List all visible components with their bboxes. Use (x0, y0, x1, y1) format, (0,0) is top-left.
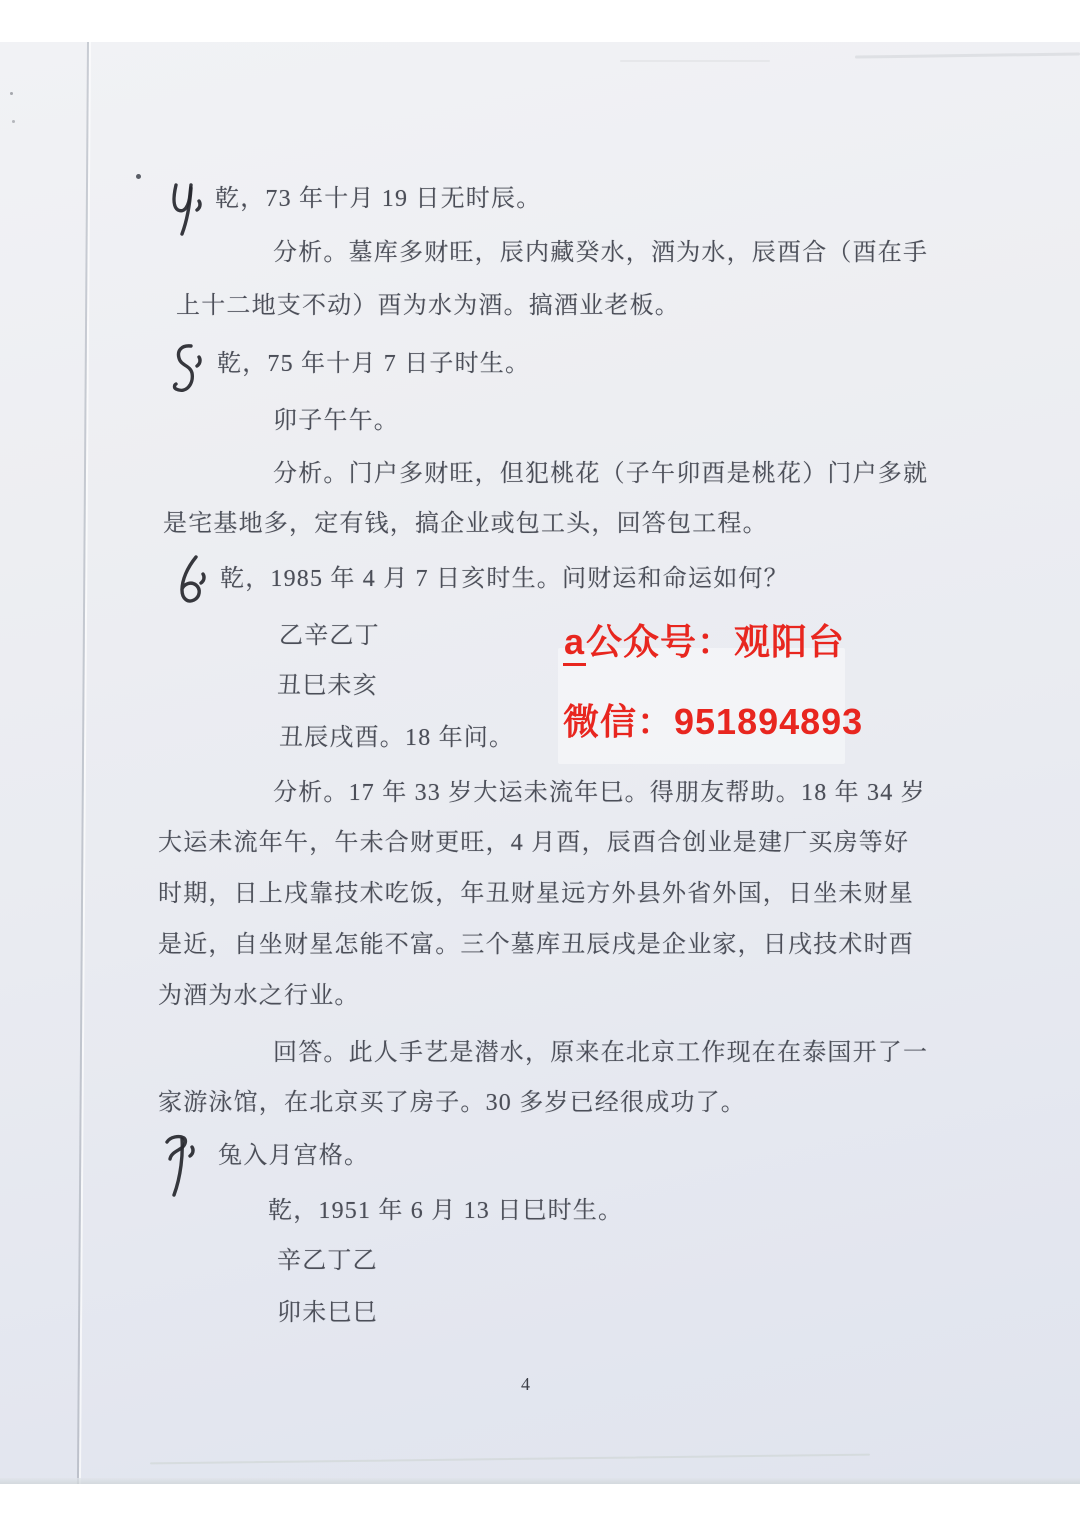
text-line: 上十二地支不动）酉为水为酒。搞酒业老板。 (176, 293, 680, 319)
scan-streak (150, 1454, 870, 1465)
text-line: 分析。17 年 33 岁大运未流年巳。得朋友帮助。18 年 34 岁 (273, 780, 926, 806)
text-line: 乙辛乙丁 (279, 623, 380, 649)
text-line: 家游泳馆，在北京买了房子。30 多岁已经很成功了。 (158, 1090, 746, 1116)
watermark-account-text: 公众号：观阳台 (586, 621, 845, 662)
handwritten-number-5-mark (168, 344, 208, 403)
text-line: 卯子午午。 (273, 408, 399, 434)
text-line: 时期，日上戌靠技术吃饭，年丑财星远方外县外省外国，日坐未财星 (158, 881, 914, 907)
text-line: 乾，73 年十月 19 日无时辰。 (215, 186, 541, 212)
text-line: 乾，1985 年 4 月 7 日亥时生。问财运和命运如何？ (220, 566, 789, 592)
watermark-prefix: a (563, 621, 586, 666)
text-line: 丑巳未亥 (277, 673, 378, 699)
text-line: 分析。墓库多财旺，辰内藏癸水，酒为水，辰酉合（酉在手 (273, 240, 928, 266)
handwritten-number-7-mark (156, 1134, 200, 1203)
text-line: 丑辰戌酉。18 年问。 (279, 725, 514, 751)
ink-dot (136, 174, 141, 179)
ink-dot (12, 120, 15, 123)
text-line: 乾，75 年十月 7 日子时生。 (217, 351, 530, 377)
page-number: 4 (521, 1374, 530, 1395)
text-line: 为酒为水之行业。 (158, 983, 360, 1009)
text-line: 乾，1951 年 6 月 13 日巳时生。 (268, 1198, 623, 1224)
text-line: 兔入月宫格。 (218, 1143, 369, 1169)
text-line: 是近，自坐财星怎能不富。三个墓库丑辰戌是企业家，日戌技术时酉 (158, 932, 914, 958)
watermark-line-2: 微信：951894893 (563, 702, 863, 742)
paper-bottom-edge (0, 1478, 1080, 1484)
ink-dot (10, 92, 13, 95)
scan-streak (620, 60, 770, 62)
scan-streak (855, 52, 1080, 58)
text-line: 大运未流年午，午未合财更旺，4 月酉，辰酉合创业是建厂买房等好 (158, 830, 909, 856)
handwritten-number-4-mark (166, 182, 208, 243)
text-line: 分析。门户多财旺，但犯桃花（子午卯酉是桃花）门户多就 (273, 461, 928, 487)
text-line: 卯未巳巳 (277, 1300, 378, 1326)
watermark-line-1: a公众号：观阳台 (563, 622, 845, 662)
text-line: 是宅基地多，定有钱，搞企业或包工头，回答包工程。 (163, 511, 768, 537)
handwritten-number-6-mark (171, 554, 211, 611)
text-line: 回答。此人手艺是潜水，原来在北京工作现在在泰国开了一 (273, 1040, 928, 1066)
text-line: 辛乙丁乙 (277, 1248, 378, 1274)
paper-crease-line (77, 42, 89, 1484)
